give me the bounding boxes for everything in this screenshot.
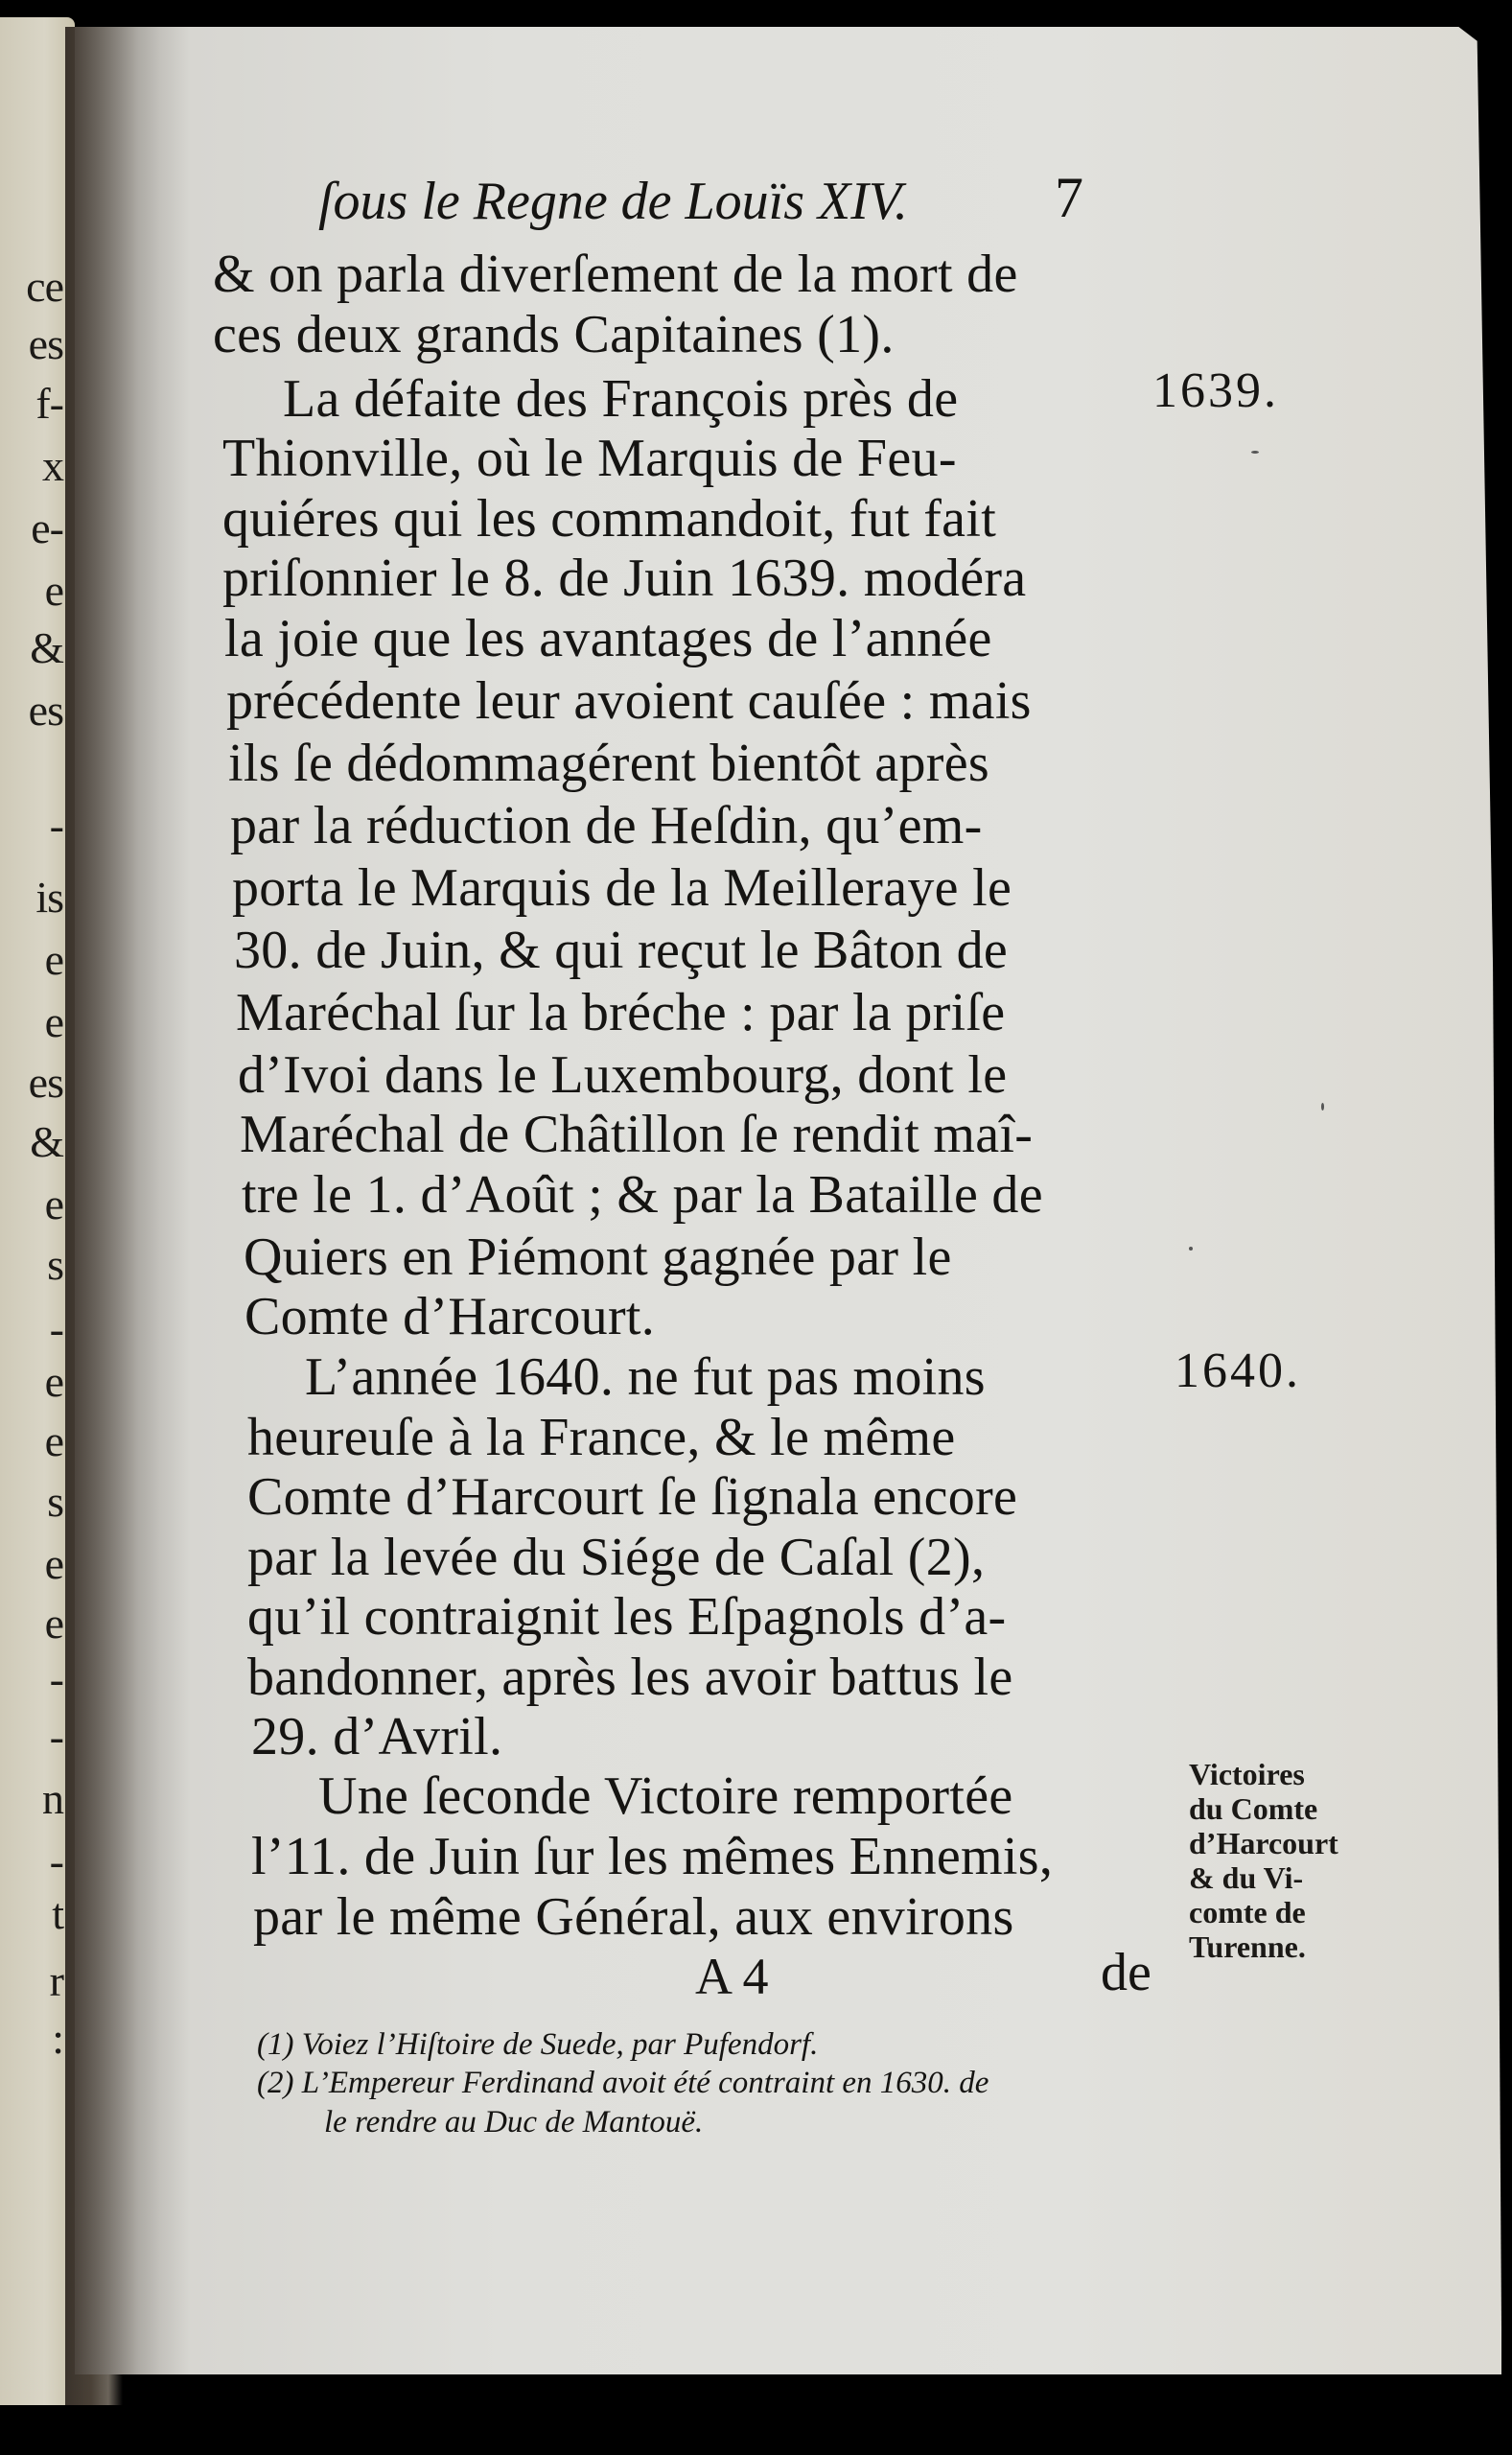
paper-speck (1189, 1247, 1193, 1251)
body-line: par le même Général, aux environs (253, 1887, 1014, 1947)
paper-speck (1321, 1103, 1324, 1111)
running-head-title: ſous le Regne de Louïs XIV. (318, 171, 908, 232)
paragraph-start: La défaite des François près de (283, 369, 958, 429)
body-line: bandonner, après les avoir battus le (247, 1648, 1013, 1707)
body-line: par la levée du Siége de Caſal (2), (247, 1528, 985, 1587)
facing-page-fragment: f- (35, 382, 63, 426)
catchword: de (1101, 1942, 1151, 2003)
body-line: Comte d’Harcourt. (244, 1287, 655, 1346)
facing-page-fragment: e (45, 1419, 63, 1463)
paragraph-start: Une ſeconde Victoire remportée (318, 1766, 1013, 1826)
sidenote-line: Victoires (1189, 1757, 1338, 1791)
body-line: d’Ivoi dans le Luxembourg, dont le (238, 1045, 1007, 1105)
body-line: Quiers en Piémont gagnée par le (244, 1227, 952, 1287)
facing-page-fragment: - (50, 1657, 63, 1701)
body-line: l’11. de Juin ſur les mêmes Ennemis, (251, 1827, 1053, 1886)
body-line: Comte d’Harcourt ſe ſignala encore (247, 1467, 1017, 1527)
facing-page-fragment: s (47, 1243, 63, 1287)
facing-page-fragment: : (52, 2017, 63, 2061)
margin-year-1640: 1640. (1175, 1343, 1301, 1399)
sidenote-line: Turenne. (1189, 1929, 1338, 1964)
body-line: priſonnier le 8. de Juin 1639. modéra (222, 549, 1026, 608)
footnote-text: Voiez l’Hiſtoire de Suede, par Pufendorf… (302, 2027, 819, 2062)
body-line: qu’il contraignit les Eſpagnols d’a- (247, 1587, 1007, 1647)
body-line: quiéres qui les commandoit, fut fait (222, 489, 996, 549)
body-line: heureuſe à la France, & le même (247, 1408, 956, 1467)
footnote-2-continuation: le rendre au Duc de Mantouë. (324, 2103, 703, 2141)
facing-page-fragment: t (52, 1892, 63, 1936)
facing-page-fragment: r (50, 1959, 63, 2003)
facing-page-fragment: - (50, 1307, 63, 1351)
facing-page-fragment: e- (31, 506, 63, 550)
facing-page-fragment: es (29, 1061, 63, 1105)
facing-page-fragment: e (45, 1000, 63, 1044)
facing-page-fragment: e (45, 1602, 63, 1646)
facing-page-fragment: n (42, 1777, 63, 1821)
facing-page-fragment: - (50, 804, 63, 848)
body-line: tre le 1. d’Août ; & par la Bataille de (242, 1165, 1043, 1225)
sidenote-line: d’Harcourt (1189, 1826, 1338, 1860)
facing-page-fragment: - (50, 1839, 63, 1883)
signature-mark: A 4 (695, 1947, 769, 2006)
body-line: porta le Marquis de la Meilleraye le (232, 858, 1012, 918)
facing-page-fragment: e (45, 569, 63, 613)
sidenote: Victoires du Comte d’Harcourt & du Vi- c… (1189, 1757, 1338, 1964)
facing-page-fragment: es (29, 689, 63, 733)
facing-page-fragment: e (45, 1182, 63, 1227)
facing-page-fragment: & (30, 626, 63, 670)
page-number: 7 (1055, 165, 1083, 231)
body-line: la joie que les avantages de l’année (224, 609, 992, 668)
paper-speck (1251, 451, 1259, 454)
paragraph-start: L’année 1640. ne fut pas moins (305, 1347, 986, 1407)
sidenote-line: du Comte (1189, 1791, 1338, 1826)
facing-page-fragment: & (30, 1120, 63, 1164)
margin-year-1639: 1639. (1152, 362, 1279, 419)
sidenote-line: comte de (1189, 1895, 1338, 1929)
facing-page-fragment: ce (26, 265, 63, 309)
facing-page-fragment: e (45, 1542, 63, 1586)
facing-page-fragment: es (29, 322, 63, 366)
body-line: Thionville, où le Marquis de Feu- (222, 429, 957, 488)
facing-page-fragment: is (35, 876, 63, 920)
sidenote-line: & du Vi- (1189, 1860, 1338, 1895)
body-line: Maréchal ſur la bréche : par la priſe (236, 983, 1005, 1042)
gutter-shadow (75, 27, 190, 2374)
facing-page-fragment: e (45, 938, 63, 982)
footnote-mark: (2) (257, 2066, 293, 2100)
footnote-2: (2) L’Empereur Ferdinand avoit été contr… (257, 2064, 989, 2102)
body-line: & on parla diverſement de la mort de (213, 245, 1018, 304)
footnote-text: L’Empereur Ferdinand avoit été contraint… (302, 2066, 989, 2100)
body-line: Maréchal de Châtillon ſe rendit maî- (240, 1105, 1033, 1164)
facing-page-fragment: - (50, 1715, 63, 1759)
body-line: précédente leur avoient cauſée : mais (226, 671, 1032, 731)
body-line: ils ſe dédommagérent bientôt après (228, 734, 989, 793)
body-line: 29. d’Avril. (251, 1707, 502, 1766)
body-line: 30. de Juin, & qui reçut le Bâton de (234, 921, 1008, 980)
facing-page-fragment: s (47, 1480, 63, 1524)
footnote-mark: (1) (257, 2027, 293, 2062)
facing-page-edge: ce es f- x e- e & es - is e e es & e s -… (0, 17, 75, 2405)
body-line: ces deux grands Capitaines (1). (213, 305, 895, 364)
facing-page-fragment: x (42, 444, 63, 488)
footnote-1: (1) Voiez l’Hiſtoire de Suede, par Pufen… (257, 2025, 818, 2064)
facing-page-fragment: e (45, 1360, 63, 1404)
body-line: par la réduction de Heſdin, qu’em- (230, 796, 983, 855)
